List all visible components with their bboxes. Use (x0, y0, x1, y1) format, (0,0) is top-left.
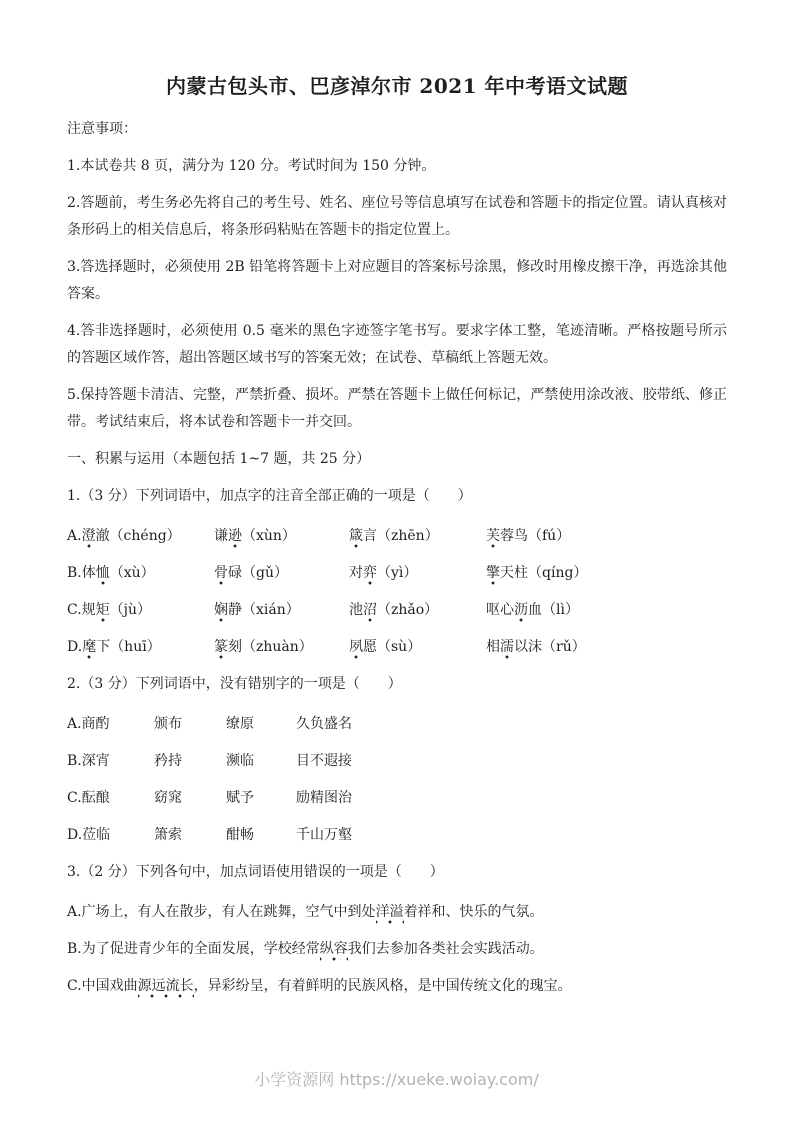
word-pre: C.规 (67, 602, 96, 618)
word-post: 澈（chéng） (96, 528, 181, 544)
emphasized-char: 芙 (486, 528, 500, 548)
word: 池沼（zhǎo） (349, 597, 486, 624)
emphasized-char: 篆 (214, 639, 228, 659)
word-post: （xù） (110, 565, 155, 581)
emphasized-char: 擎 (486, 565, 500, 585)
word-post: 下（huī） (96, 639, 161, 655)
word: 窈窕 (154, 785, 226, 812)
word: 呕心沥血（lì） (486, 597, 727, 624)
word: 箴言（zhēn） (349, 523, 486, 550)
word: 久负盛名 (296, 711, 727, 738)
notice-item-4: 4.答非选择题时，必须使用 0.5 毫米的黑色字迹签字笔书写。要求字体工整，笔迹… (67, 318, 727, 372)
emphasized-char: 弈 (363, 565, 377, 585)
word-post: 愿（sù） (363, 639, 421, 655)
word-pre: 相 (486, 639, 500, 655)
emphasized-char: 夙 (349, 639, 363, 659)
notice-item-1: 1.本试卷共 8 页，满分为 120 分。考试时间为 150 分钟。 (67, 153, 727, 180)
word-post: 血（lì） (528, 602, 579, 618)
emphasized-char: 恤 (96, 565, 110, 585)
emphasized-char: 骨 (214, 565, 228, 585)
word-pre: 池 (349, 602, 363, 618)
emphasized-char: 娴 (214, 602, 228, 622)
word: 酣畅 (226, 822, 296, 849)
notice-item-3: 3.答选择题时，必须使用 2B 铅笔将答题卡上对应题目的答案标号涂黑，修改时用橡… (67, 254, 727, 308)
word: 对弈（yì） (349, 560, 486, 587)
q3-option-c: C.中国戏曲源远流长，异彩纷呈，有着鲜明的民族风格，是中国传统文化的瑰宝。 (67, 973, 727, 1000)
word: C.酝酿 (67, 785, 154, 812)
sentence-pre: A.广场上，有人在散步，有人在跳舞，空气中到处 (67, 904, 376, 920)
question-1-stem: 1.（3 分）下列词语中，加点字的注音全部正确的一项是（ ） (67, 483, 727, 510)
sentence-post: 我们去参加各类社会实践活动。 (348, 941, 544, 957)
word: D.麾下（huī） (67, 634, 214, 661)
sentence-post: ，异彩纷呈，有着鲜明的民族风格，是中国传统文化的瑰宝。 (194, 978, 572, 994)
q1-option-d: D.麾下（huī） 篆刻（zhuàn） 夙愿（sù） 相濡以沫（rǔ） (67, 634, 727, 661)
word: 目不遐接 (296, 748, 727, 775)
emphasized-char: 麾 (82, 639, 96, 659)
emphasized-char: 沼 (363, 602, 377, 622)
notice-heading: 注意事项： (67, 116, 727, 143)
q2-option-c: C.酝酿 窈窕 赋予 励精图治 (67, 785, 727, 812)
word-post: （yì） (377, 565, 417, 581)
word: 谦逊（xùn） (214, 523, 349, 550)
q2-option-d: D.莅临 箫索 酣畅 千山万壑 (67, 822, 727, 849)
emphasized-char: 沥 (514, 602, 528, 622)
q1-option-c: C.规矩（jù） 娴静（xián） 池沼（zhǎo） 呕心沥血（lì） (67, 597, 727, 624)
word-post: （zhǎo） (377, 602, 438, 618)
word-post: （xùn） (242, 528, 296, 544)
word: 擎天柱（qíng） (486, 560, 727, 587)
word-post: 刻（zhuàn） (228, 639, 313, 655)
emphasized-char: 矩 (96, 602, 110, 622)
emphasized-word: 纵容 (320, 941, 348, 961)
word: B.深宵 (67, 748, 154, 775)
exam-paper-page: 内蒙古包头市、巴彦淖尔市 2021 年中考语文试题 注意事项： 1.本试卷共 8… (0, 0, 793, 1122)
sentence-pre: C.中国戏曲 (67, 978, 138, 994)
word-pre: 对 (349, 565, 363, 581)
emphasized-word: 源远流长 (138, 978, 194, 998)
word: 芙蓉鸟（fú） (486, 523, 727, 550)
word-pre: D. (67, 639, 82, 655)
page-title: 内蒙古包头市、巴彦淖尔市 2021 年中考语文试题 (67, 72, 727, 100)
question-2: 2.（3 分）下列词语中，没有错别字的一项是（ ） A.商酌 颁布 缭原 久负盛… (67, 671, 727, 849)
watermark-footer: 小学资源网 https://xueke.woiay.com/ (0, 1068, 793, 1092)
emphasized-char: 逊 (228, 528, 242, 548)
word: A.澄澈（chéng） (67, 523, 214, 550)
q2-option-b: B.深宵 矜持 濒临 目不遐接 (67, 748, 727, 775)
sentence-pre: B.为了促进青少年的全面发展，学校经常 (67, 941, 320, 957)
word: 赋予 (226, 785, 296, 812)
word-post: 言（zhēn） (363, 528, 439, 544)
word: D.莅临 (67, 822, 154, 849)
emphasized-char: 濡 (500, 639, 514, 659)
word-post: 静（xián） (228, 602, 300, 618)
word-pre: 谦 (214, 528, 228, 544)
emphasized-char: 箴 (349, 528, 363, 548)
word-pre: 呕心 (486, 602, 514, 618)
emphasized-word: 洋溢 (376, 904, 404, 924)
word-pre: A. (67, 528, 82, 544)
exam-content: 内蒙古包头市、巴彦淖尔市 2021 年中考语文试题 注意事项： 1.本试卷共 8… (0, 0, 793, 1000)
notice-item-2: 2.答题前，考生务必先将自己的考生号、姓名、座位号等信息填写在试卷和答题卡的指定… (67, 190, 727, 244)
q3-option-a: A.广场上，有人在散步，有人在跳舞，空气中到处洋溢着祥和、快乐的气氛。 (67, 899, 727, 926)
word-post: 碌（gǔ） (228, 565, 288, 581)
q1-option-b: B.体恤（xù） 骨碌（gǔ） 对弈（yì） 擎天柱（qíng） (67, 560, 727, 587)
word: 娴静（xián） (214, 597, 349, 624)
q1-option-a: A.澄澈（chéng） 谦逊（xùn） 箴言（zhēn） 芙蓉鸟（fú） (67, 523, 727, 550)
word-post: 天柱（qíng） (500, 565, 587, 581)
word-pre: B.体 (67, 565, 96, 581)
notice-item-5: 5.保持答题卡清洁、完整，严禁折叠、损坏。严禁在答题卡上做任何标记，严禁使用涂改… (67, 382, 727, 436)
q2-option-a: A.商酌 颁布 缭原 久负盛名 (67, 711, 727, 738)
sentence-post: 着祥和、快乐的气氛。 (404, 904, 544, 920)
word: 励精图治 (296, 785, 727, 812)
word: 矜持 (154, 748, 226, 775)
word: 箫索 (154, 822, 226, 849)
question-3: 3.（2 分）下列各句中，加点词语使用错误的一项是（ ） A.广场上，有人在散步… (67, 859, 727, 1000)
section-heading: 一、积累与运用（本题包括 1~7 题，共 25 分） (67, 446, 727, 473)
word-post: 以沫（rǔ） (514, 639, 586, 655)
word-post: 蓉鸟（fú） (500, 528, 570, 544)
word-post: （jù） (110, 602, 151, 618)
word: 骨碌（gǔ） (214, 560, 349, 587)
word: 相濡以沫（rǔ） (486, 634, 727, 661)
word: 夙愿（sù） (349, 634, 486, 661)
word: A.商酌 (67, 711, 154, 738)
word: 篆刻（zhuàn） (214, 634, 349, 661)
question-1: 1.（3 分）下列词语中，加点字的注音全部正确的一项是（ ） A.澄澈（chén… (67, 483, 727, 661)
word: 颁布 (154, 711, 226, 738)
word: C.规矩（jù） (67, 597, 214, 624)
q3-option-b: B.为了促进青少年的全面发展，学校经常纵容我们去参加各类社会实践活动。 (67, 936, 727, 963)
word: 缭原 (226, 711, 296, 738)
question-2-stem: 2.（3 分）下列词语中，没有错别字的一项是（ ） (67, 671, 727, 698)
word: 千山万壑 (296, 822, 727, 849)
word: B.体恤（xù） (67, 560, 214, 587)
question-3-stem: 3.（2 分）下列各句中，加点词语使用错误的一项是（ ） (67, 859, 727, 886)
word: 濒临 (226, 748, 296, 775)
emphasized-char: 澄 (82, 528, 96, 548)
